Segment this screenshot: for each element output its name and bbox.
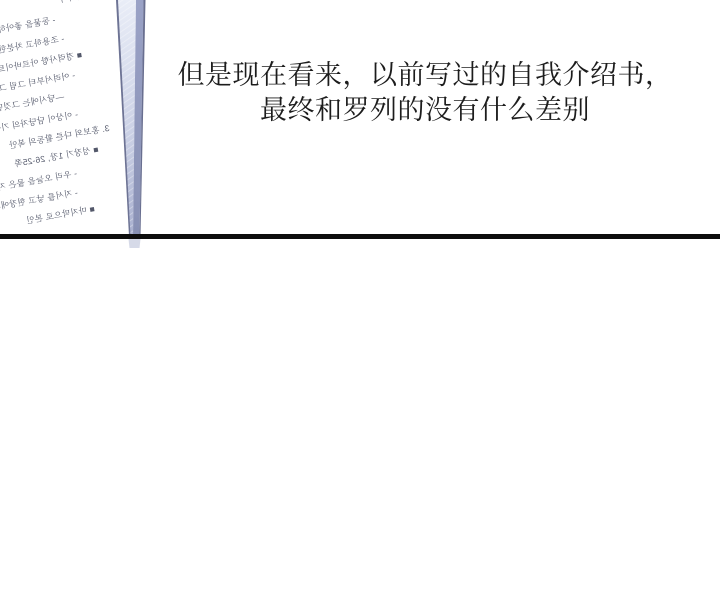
page: { "panel": { "caption": { "line1": "但是现在…: [0, 0, 720, 611]
comic-panel: 성명 이하나- 동물을 좋아하고 그림- 조용하고 차분한 성격의■ 경력사항 …: [0, 0, 720, 611]
caption-text: 但是现在看来，以前写过的自我介绍书， 最终和罗列的没有什么差别: [140, 58, 710, 128]
caption-line-2: 最终和罗列的没有什么差别: [140, 93, 710, 128]
edge-below-divider-remnant: [129, 239, 141, 248]
panel-divider: [0, 234, 720, 239]
page-edge-strip: [0, 0, 160, 248]
blank-area: [0, 239, 720, 611]
caption-line-1: 但是现在看来，以前写过的自我介绍书，: [140, 58, 710, 93]
edge-hatch-texture: [118, 0, 136, 236]
